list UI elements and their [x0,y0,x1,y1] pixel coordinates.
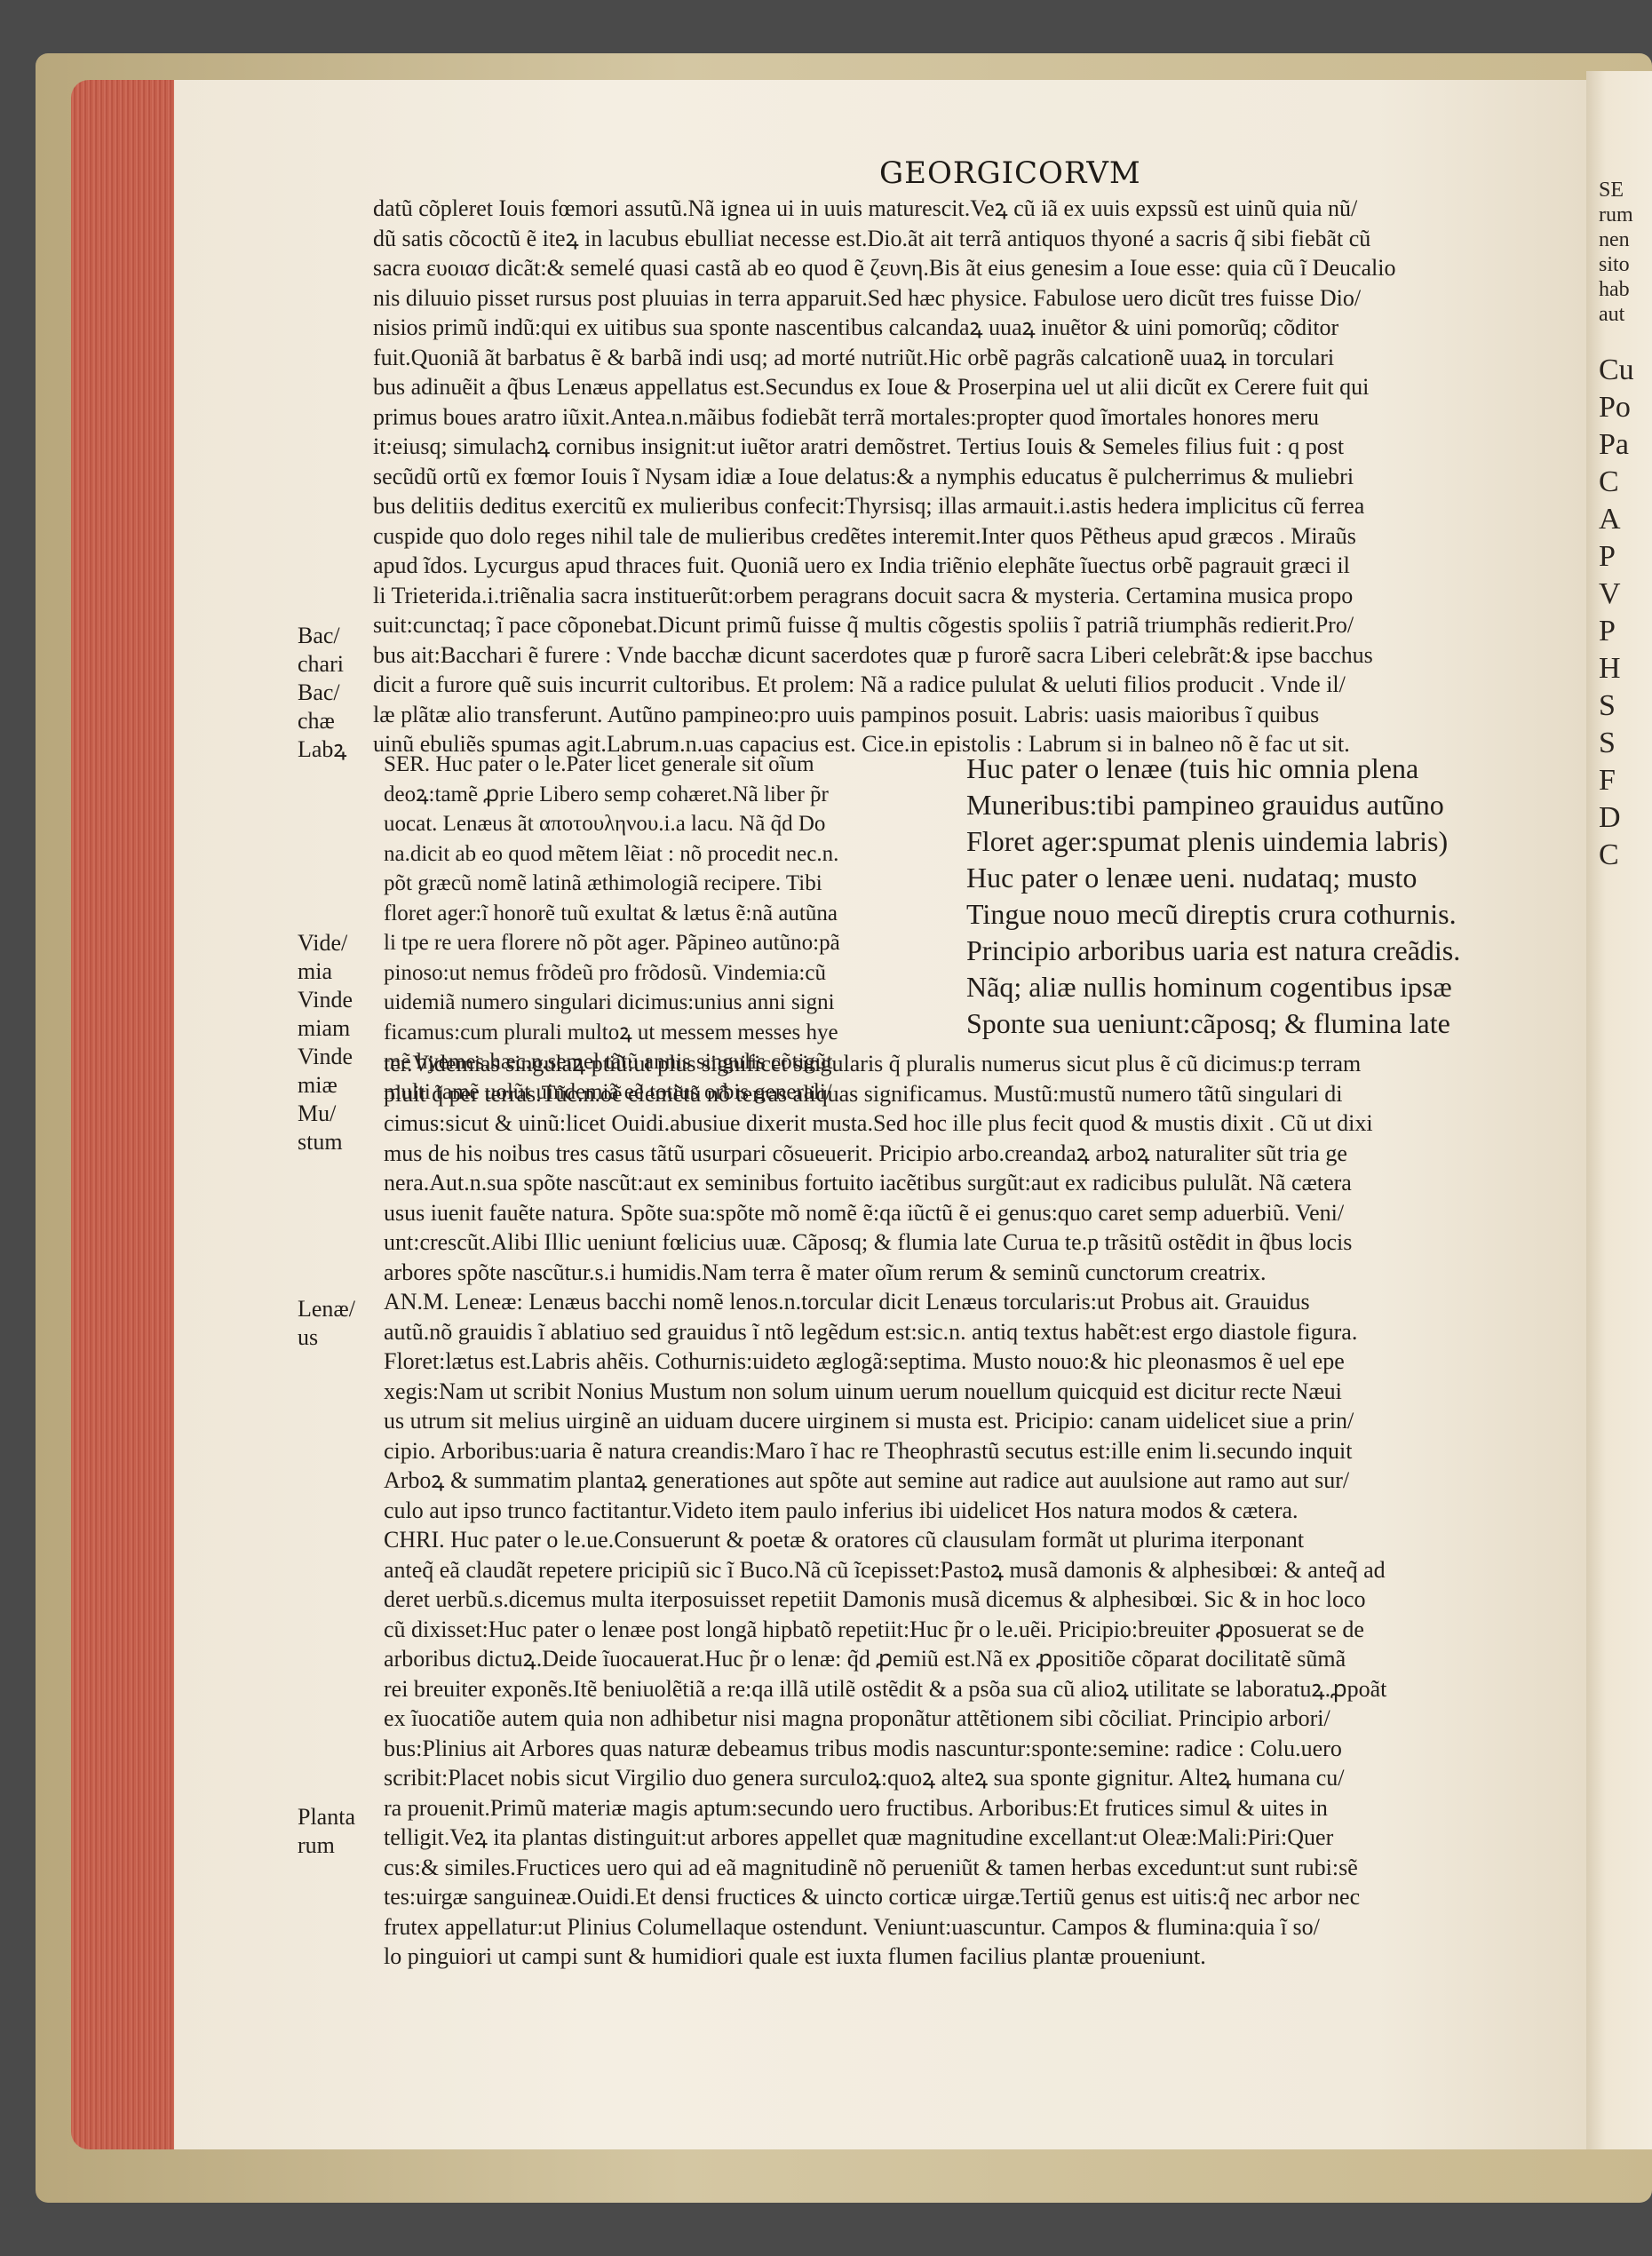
fragment: C [1599,464,1652,501]
text-line: anteq̃ eã claudãt repetere pricipiũ sic … [384,1555,1547,1585]
fragment: H [1599,650,1652,687]
fragment: Po [1599,389,1652,426]
text-line: Arboꝝ & summatim plantaꝝ generationes au… [384,1466,1547,1496]
text-line: cuspide quo dolo reges nihil tale de mul… [373,521,1545,552]
text-line: unt:crescũt.Alibi Illic ueniunt fœlicius… [384,1227,1547,1258]
text-line: autũ.nõ grauidis ĩ ablatiuo sed grauidus… [384,1317,1547,1347]
margin-note: Lenæ/ us [298,1295,369,1352]
fragment: D [1599,799,1652,837]
margin-note: Bac/ chæ [298,679,369,735]
verse-line: Huc pater o lenæe (tuis hic omnia plena [966,751,1553,787]
text-line: sacra ευοιασ dicãt:& semelé quasi castã … [373,253,1545,283]
fragment: P [1599,613,1652,650]
verse-line: Tingue nouo mecũ direptis crura cothurni… [966,896,1553,933]
text-line: cipio. Arboribus:uaria ẽ natura creandis… [384,1436,1547,1466]
fragment: hab [1599,277,1652,302]
running-head: GEORGICORVM [879,155,1141,191]
text-line: lo pinguiori ut campi sunt & humidiori q… [384,1942,1547,1972]
verse-line: Floret ager:spumat plenis uindemia labri… [966,823,1553,860]
book-photograph: GEORGICORVM datũ cõpleret Iouis fœmori a… [0,0,1652,2256]
text-line: arbores spõte nascũtur.s.i humidis.Nam t… [384,1258,1547,1288]
margin-note: Mu/ stum [298,1100,369,1156]
text-line: li tpe re uera florere nõ põt ager. Pãpi… [384,928,952,958]
fragment: nen [1599,227,1652,252]
fragment: sito [1599,252,1652,277]
text-line: fuit.Quoniã ãt barbatus ẽ & barbã indi u… [373,343,1545,373]
fragment: rum [1599,203,1652,227]
text-line: læ plãtæ alio transferunt. Autũno pampin… [373,700,1545,730]
text-line: bus delitiis deditus exercitũ ex mulieri… [373,491,1545,521]
text-line: scribit:Placet nobis sicut Virgilio duo … [384,1763,1547,1793]
lower-commentary: ter.Videmias singulaꝝ ptiũ:ut plus signi… [384,1049,1547,1972]
verse-line: Principio arboribus uaria est natura cre… [966,933,1553,969]
margin-note: Bac/ chari [298,622,369,679]
fragment: C [1599,837,1652,874]
text-line: ficamus:cum plurali multoꝝ ut messem mes… [384,1018,952,1048]
text-line: bus ait:Bacchari ẽ furere : Vnde bacchæ … [373,640,1545,671]
margin-note: Labꝝ [298,735,369,764]
text-line: CHRI. Huc pater o le.ue.Consuerunt & poe… [384,1525,1547,1555]
verse-line: Nãq; aliæ nullis hominum cogentibus ipsæ [966,969,1553,1005]
text-line: telligit.Veꝝ ita plantas distinguit:ut a… [384,1823,1547,1853]
text-line: it:eiusq; simulachꝝ cornibus insignit:ut… [373,432,1545,462]
text-line: mus de his noibus tres casus tãtũ usurpa… [384,1139,1547,1169]
text-line: nisios primũ indũ:qui ex uitibus sua spo… [373,313,1545,343]
text-line: dicit a furore quẽ suis incurrit cultori… [373,670,1545,700]
text-line: apud ĩdos. Lycurgus apud thraces fuit. Q… [373,551,1545,581]
margin-note: Planta rum [298,1803,369,1860]
text-line: pinoso:ut nemus frõdeũ pro frõdosũ. Vind… [384,958,952,989]
fragment: Pa [1599,426,1652,464]
facing-page-text-fragments: SE rum nen sito hab aut Cu Po Pa C A P V… [1599,178,1652,874]
text-line: uidemiã numero singulari dicimus:unius a… [384,988,952,1018]
text-line: rei breuiter exponẽs.Itẽ beniuolẽtiã a r… [384,1674,1547,1704]
text-line: AN.M. Leneæ: Lenæus bacchi nomẽ lenos.n.… [384,1287,1547,1317]
margin-note: Vinde miæ [298,1043,369,1100]
text-line: frutex appellatur:ut Plinius Columellaqu… [384,1912,1547,1942]
fragment: S [1599,725,1652,762]
red-page-edges [71,80,178,2149]
text-line: ex ĩuocatiõe autem quia non adhibetur ni… [384,1704,1547,1734]
fragment: Cu [1599,352,1652,389]
text-line: uocat. Lenæus ãt αποτουληνου.i.a lacu. N… [384,809,952,839]
text-line: SER. Huc pater o le.Pater licet generale… [384,750,952,780]
text-line: us utrum sit melius uirginẽ an uiduam du… [384,1406,1547,1436]
text-line: deret uerbũ.s.dicemus multa iterposuisse… [384,1585,1547,1615]
text-line: usus iuenit fauẽte natura. Spõte sua:spõ… [384,1198,1547,1228]
text-line: cimus:sicut & uinũ:licet Ouidi.abusiue d… [384,1108,1547,1139]
margin-note: Vide/ mia [298,929,369,986]
fragment: A [1599,501,1652,538]
text-line: deoꝝ:tamẽ ꝓprie Libero semp cohæret.Nã l… [384,780,952,810]
text-line: ter.Videmias singulaꝝ ptiũ:ut plus signi… [384,1049,1547,1079]
text-line: nis diluuio pisset rursus post pluuias i… [373,283,1545,314]
text-line: dũ satis cõcoctũ ẽ iteꝝ in lacubus ebull… [373,224,1545,254]
text-line: Floret:lætus est.Labris ahẽis. Cothurnis… [384,1346,1547,1377]
text-line: arboribus dictuꝝ.Deide ĩuocauerat.Huc p̃… [384,1644,1547,1674]
virgil-verse-block: Huc pater o lenæe (tuis hic omnia plena … [966,751,1553,1042]
text-line: na.dicit ab eo quod mẽtem lẽiat : nõ pro… [384,839,952,870]
fragment: SE [1599,178,1652,203]
fragment: S [1599,687,1652,725]
text-line: secũdũ ortũ ex fœmor Iouis ĩ Nysam idiæ … [373,462,1545,492]
fragment: F [1599,762,1652,799]
top-commentary: datũ cõpleret Iouis fœmori assutũ.Nã ign… [373,194,1545,759]
text-line: cũ dixisset:Huc pater o lenæe post longã… [384,1615,1547,1645]
text-line: floret ager:ĩ honorẽ tuũ exultat & lætus… [384,899,952,929]
text-line: bus:Plinius ait Arbores quas naturæ debe… [384,1734,1547,1764]
fragment: V [1599,576,1652,613]
verse-line: Huc pater o lenæe ueni. nudataq; musto [966,860,1553,896]
text-line: datũ cõpleret Iouis fœmori assutũ.Nã ign… [373,194,1545,224]
text-line: nera.Aut.n.sua spõte nascũt:aut ex semin… [384,1168,1547,1198]
text-line: xegis:Nam ut scribit Nonius Mustum non s… [384,1377,1547,1407]
verse-line: Sponte sua ueniunt:cãposq; & flumina lat… [966,1005,1553,1042]
text-line: primus boues aratro iũxit.Antea.n.mãibus… [373,402,1545,433]
margin-note: Vinde miam [298,986,369,1043]
fragment: aut [1599,302,1652,327]
fragment: P [1599,538,1652,576]
fragment [1599,327,1652,352]
text-line: põt græcũ nomẽ latinã æthimologiã recipe… [384,869,952,899]
text-line: suit:cunctaq; ĩ pace cõponebat.Dicunt pr… [373,610,1545,640]
text-line: bus adinuẽit a q̃bus Lenæus appellatus e… [373,372,1545,402]
text-line: li Trieterida.i.triẽnalia sacra institue… [373,581,1545,611]
verse-line: Muneribus:tibi pampineo grauidus autũno [966,787,1553,823]
text-line: tes:uirgæ sanguineæ.Ouidi.Et densi fruct… [384,1882,1547,1912]
text-line: pluit q̃ per terras.Tũc.n.oẽ elemẽtũ nõ … [384,1079,1547,1109]
text-line: culo aut ipso trunco factitantur.Videto … [384,1496,1547,1526]
text-line: ra prouenit.Primũ materiæ magis aptum:se… [384,1793,1547,1823]
text-line: cus:& similes.Fructices uero qui ad eã m… [384,1853,1547,1883]
